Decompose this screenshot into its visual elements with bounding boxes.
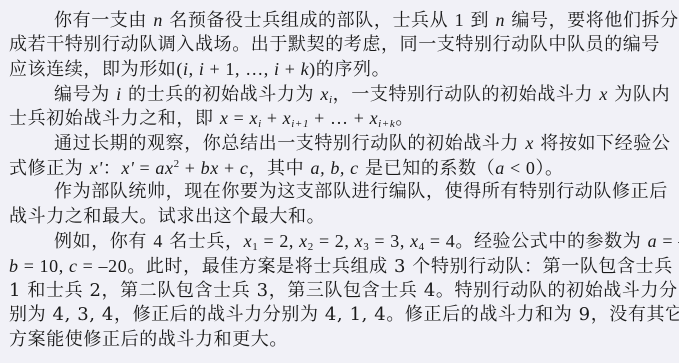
plus: + (280, 59, 301, 79)
paren: ) (309, 59, 316, 79)
colon: ： (103, 158, 122, 179)
paragraph-4-line-2: 战斗力之和最大。试求出这个最大和。 (9, 205, 669, 230)
number: 1 (455, 10, 465, 30)
subscript: i+1 (291, 118, 309, 130)
text-span: 到 (464, 10, 495, 31)
math-text: = 2, (314, 231, 355, 251)
paragraph-5-line-3: 1 和士兵 2，第二队包含士兵 3，第三队包含士兵 4。特别行动队的初始战斗力分 (9, 279, 669, 304)
text-span: 将按如下经验公 (534, 133, 671, 154)
subscript: i+k (378, 118, 395, 130)
text-span: 。此时，最佳方案是将士兵组成 3 个特别行动队：第一队包含士兵 (127, 256, 673, 277)
text-span: 编号，要将他们拆分 (505, 10, 679, 31)
var-x: x (599, 84, 608, 104)
var-x: x (249, 108, 258, 128)
var-x: x (320, 84, 329, 104)
text-span: 。 (395, 108, 414, 129)
paragraph-5-line-4: 别为 4, 3, 4，修正后的战斗力分别为 4, 1, 4。修正后的战斗力和为 … (9, 303, 669, 328)
text-span: 名预备役士兵组成的部队，士兵从 (163, 10, 455, 31)
var-x: x (299, 231, 308, 251)
paragraph-3-line-1: 通过长期的观察，你总结出一支特别行动队的初始战斗力 x 将按如下经验公 (9, 131, 669, 156)
var-a: a (495, 158, 505, 178)
paragraph-3-line-2: 式修正为 x'：x' = ax2 + bx + c，其中 a, b, c 是已知… (9, 156, 669, 181)
var-b: b (9, 256, 19, 276)
text-span: ，一支特别行动队的初始战斗力 (333, 84, 600, 105)
var-x: x (410, 231, 419, 251)
math-text: = 4 (425, 231, 456, 251)
math-text: = 3, (369, 231, 410, 251)
var-k: k (301, 59, 310, 79)
text-span: 的士兵的初始战斗力为 (122, 84, 321, 105)
plus: + (219, 158, 240, 178)
var-x: x (244, 231, 253, 251)
text-span: 名士兵， (163, 231, 244, 252)
paragraph-1-line-1: 你有一支由 n 名预备役士兵组成的部队，士兵从 1 到 n 编号，要将他们拆分 (9, 8, 669, 33)
text-span: 的序列。 (316, 59, 390, 80)
text-span: 编号为 (54, 84, 116, 105)
text-span: 式修正为 (9, 158, 90, 179)
var-x: x (355, 231, 364, 251)
vars-abc: a, b, c (311, 158, 359, 178)
math-text: + … + (309, 108, 370, 128)
var-x: x (525, 133, 534, 153)
term-bx: bx (201, 158, 219, 178)
text-span: 你有一支由 (54, 10, 153, 31)
math-text: < 0 (505, 158, 536, 178)
math-text: = –1, (657, 231, 679, 251)
var-n: n (153, 10, 163, 30)
text-span: 是已知的系数（ (359, 158, 496, 179)
number: 4 (153, 231, 163, 251)
math-text: = –20 (78, 256, 128, 276)
var-x-prime: x' (90, 158, 103, 178)
var-c: c (69, 256, 78, 276)
text-span: 士兵初始战斗力之和，即 (9, 108, 220, 129)
paragraph-1-line-2: 成若干特别行动队调入战场。出于默契的考虑，同一支特别行动队中队员的编号 (9, 33, 669, 58)
math-text: = 2, (258, 231, 299, 251)
paragraph-2-line-1: 编号为 i 的士兵的初始战斗力为 xi，一支特别行动队的初始战斗力 x 为队内 (9, 82, 669, 107)
var-a: a (648, 231, 658, 251)
term-ax: ax (155, 158, 173, 178)
equals: = (134, 158, 155, 178)
comma: , (189, 59, 199, 79)
math-text: + 1, …, (204, 59, 274, 79)
plus: + (180, 158, 201, 178)
var-x: x (283, 108, 292, 128)
equals: = (229, 108, 250, 128)
paragraph-2-line-2: 士兵初始战斗力之和，即 x = xi + xi+1 + … + xi+k。 (9, 106, 669, 131)
text-span: ）。 (535, 158, 563, 179)
text-span: 。经验公式中的参数为 (455, 231, 647, 252)
paragraph-5-line-2: b = 10, c = –20。此时，最佳方案是将士兵组成 3 个特别行动队：第… (9, 254, 669, 279)
plus: + (262, 108, 283, 128)
text-span: 为队内 (608, 84, 670, 105)
problem-statement: 你有一支由 n 名预备役士兵组成的部队，士兵从 1 到 n 编号，要将他们拆分 … (0, 0, 679, 352)
text-span: 通过长期的观察，你总结出一支特别行动队的初始战斗力 (54, 133, 525, 154)
paragraph-1-line-3: 应该连续，即为形如(i, i + 1, …, i + k)的序列。 (9, 57, 669, 82)
paragraph-5-line-1: 例如，你有 4 名士兵，x1 = 2, x2 = 2, x3 = 3, x4 =… (9, 229, 669, 254)
var-x: x (370, 108, 379, 128)
text-span: 例如，你有 (54, 231, 153, 252)
paragraph-5-line-5: 方案能使修正后的战斗力和更大。 (9, 328, 669, 353)
var-x: x (220, 108, 229, 128)
var-x-prime: x' (121, 158, 134, 178)
var-n: n (495, 10, 505, 30)
paragraph-4-line-1: 作为部队统帅，现在你要为这支部队进行编队，使得所有特别行动队修正后 (9, 180, 669, 205)
text-span: 应该连续，即为形如 (9, 59, 176, 80)
text-span: ，其中 (248, 158, 310, 179)
math-text: = 10, (19, 256, 69, 276)
